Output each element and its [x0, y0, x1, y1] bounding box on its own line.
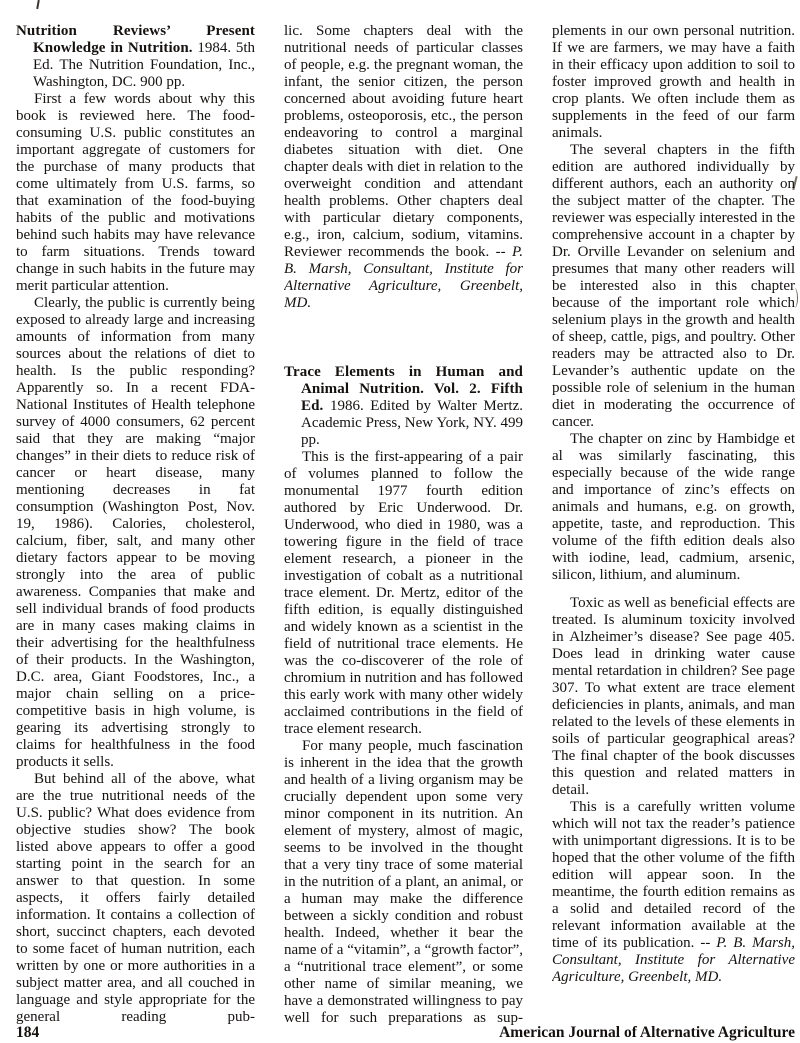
column-left: Nutrition Reviews’ Present Knowledge in … [16, 23, 255, 1025]
book-citation: Nutrition Reviews’ Present Knowledge in … [16, 23, 255, 91]
reviewer-signature: P. B. Marsh, Consultant, Institute for A… [284, 244, 523, 311]
paragraph: The chapter on zinc by Hambidge et al wa… [552, 431, 795, 584]
paragraph: The several chapters in the fifth editio… [552, 142, 795, 431]
paragraph: First a few words about why this book is… [16, 91, 255, 295]
paragraph: But behind all of the above, what are th… [16, 771, 255, 1025]
paragraph: This is the first-appearing of a pair of… [284, 449, 523, 738]
book-citation: Trace Elements in Human and Animal Nutri… [284, 364, 523, 449]
scan-artifact [36, 0, 40, 9]
paragraph: Clearly, the public is currently being e… [16, 295, 255, 771]
paragraph: For many people, much fascination is inh… [284, 738, 523, 1025]
book-title: Trace Elements in Human and Animal Nutri… [284, 364, 523, 414]
book-title: Nutrition Reviews’ Present Knowledge in … [16, 23, 255, 56]
paragraph: Toxic as well as beneficial effects are … [552, 595, 795, 799]
page-number: 184 [16, 1024, 39, 1041]
paragraph-with-signature: This is a carefully written volume which… [552, 799, 795, 986]
journal-title: American Journal of Alternative Agricult… [499, 1024, 795, 1041]
reviewer-signature: P. B. Marsh, Consultant, Institute for A… [552, 935, 795, 985]
page-footer: 184 American Journal of Alternative Agri… [16, 1024, 795, 1041]
column-right: plements in our own personal nutrition. … [552, 23, 795, 1025]
text-columns: Nutrition Reviews’ Present Knowledge in … [16, 23, 795, 1025]
paragraph-with-signature: lic. Some chapters deal with the nutriti… [284, 23, 523, 312]
paragraph: plements in our own personal nutrition. … [552, 23, 795, 142]
scanned-journal-page: { "footer": { "page_number": "184", "jou… [0, 0, 800, 1043]
column-middle: lic. Some chapters deal with the nutriti… [284, 23, 523, 1025]
